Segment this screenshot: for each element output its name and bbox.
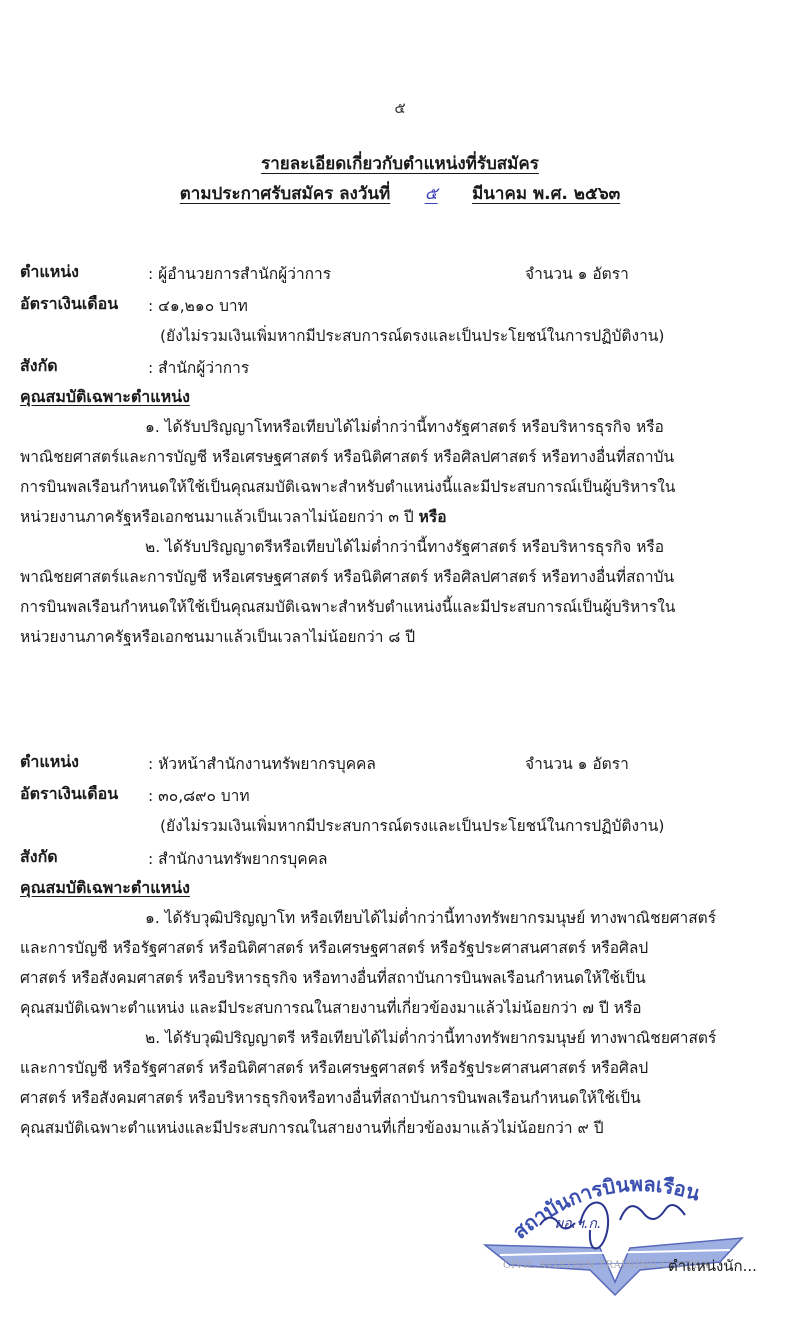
unit-label: สังกัด — [20, 354, 58, 379]
qualification-line: ๑. ได้รับวุฒิปริญญาโท หรือเทียบได้ไม่ต่ำ… — [20, 903, 790, 933]
position-count: จำนวน ๑ อัตรา — [525, 751, 629, 776]
qualification-line: คุณสมบัติเฉพาะตำแหน่ง และมีประสบการณในสา… — [20, 993, 790, 1023]
qualification-line: พาณิชยศาสตร์และการบัญชี หรือเศรษฐศาสตร์ … — [20, 562, 790, 592]
qualification-line: ศาสตร์ หรือสังคมศาสตร์ หรือบริหารธุรกิจห… — [20, 1083, 790, 1113]
qualification-line: ๒. ได้รับปริญญาตรีหรือเทียบได้ไม่ต่ำกว่า… — [20, 532, 790, 562]
qualification-line: คุณสมบัติเฉพาะตำแหน่งและมีประสบการณในสาย… — [20, 1113, 790, 1143]
handwritten-date: ๕ — [396, 180, 466, 207]
qualifications-heading: คุณสมบัติเฉพาะตำแหน่ง — [20, 876, 190, 901]
document-subtitle: ตามประกาศรับสมัคร ลงวันที่ ๕ มีนาคม พ.ศ.… — [0, 180, 800, 207]
position-count: จำนวน ๑ อัตรา — [525, 261, 629, 286]
position-value: : ผู้อำนวยการสำนักผู้ว่าการ — [148, 261, 331, 286]
salary-label: อัตราเงินเดือน — [20, 782, 118, 807]
qualifications-heading: คุณสมบัติเฉพาะตำแหน่ง — [20, 385, 190, 410]
qualification-line: พาณิชยศาสตร์และการบัญชี หรือเศรษฐศาสตร์ … — [20, 442, 790, 472]
qualification-line: และการบัญชี หรือรัฐศาสตร์ หรือนิติศาสตร์… — [20, 1053, 790, 1083]
qualification-line: ๒. ได้รับวุฒิปริญญาตรี หรือเทียบได้ไม่ต่… — [20, 1023, 790, 1053]
official-seal: สถาบันการบินพลเรือน ผอ.ฯ.ก. — [480, 1170, 750, 1310]
salary-label: อัตราเงินเดือน — [20, 292, 118, 317]
qualification-line: การบินพลเรือนกำหนดให้ใช้เป็นคุณสมบัติเฉพ… — [20, 472, 790, 502]
subtitle-prefix: ตามประกาศรับสมัคร ลงวันที่ — [180, 184, 391, 204]
salary-value: : ๔๑,๒๑๐ บาท — [148, 293, 248, 318]
title-line-1: รายละเอียดเกี่ยวกับตำแหน่งที่รับสมัคร — [261, 154, 539, 174]
position-label: ตำแหน่ง — [20, 260, 79, 285]
wings-emblem-icon: สถาบันการบินพลเรือน ผอ.ฯ.ก. — [480, 1170, 750, 1310]
or-connector: หรือ — [419, 508, 447, 526]
unit-value: : สำนักงานทรัพยากรบุคคล — [148, 846, 328, 871]
qualification-line: หน่วยงานภาครัฐหรือเอกชนมาแล้วเป็นเวลาไม่… — [20, 508, 414, 526]
qualification-item-2: ๒. ได้รับปริญญาตรีหรือเทียบได้ไม่ต่ำกว่า… — [20, 532, 790, 652]
qualification-line: ศาสตร์ หรือสังคมศาสตร์ หรือบริหารธุรกิจ … — [20, 963, 790, 993]
qualification-item-2: ๒. ได้รับวุฒิปริญญาตรี หรือเทียบได้ไม่ต่… — [20, 1023, 790, 1143]
position-value: : หัวหน้าสำนักงานทรัพยากรบุคคล — [148, 751, 376, 776]
qualification-line: การบินพลเรือนกำหนดให้ใช้เป็นคุณสมบัติเฉพ… — [20, 592, 790, 622]
continued-text: ตำแหน่งนัก... — [668, 1254, 757, 1278]
salary-value: : ๓๐,๘๙๐ บาท — [148, 783, 250, 808]
document-title: รายละเอียดเกี่ยวกับตำแหน่งที่รับสมัคร — [0, 150, 800, 177]
page-number: ๕ — [0, 96, 800, 120]
unit-label: สังกัด — [20, 845, 58, 870]
qualification-item-1: ๑. ได้รับวุฒิปริญญาโท หรือเทียบได้ไม่ต่ำ… — [20, 903, 790, 1023]
qualification-line: และการบัญชี หรือรัฐศาสตร์ หรือนิติศาสตร์… — [20, 933, 790, 963]
position-label: ตำแหน่ง — [20, 750, 79, 775]
qualification-item-1: ๑. ได้รับปริญญาโทหรือเทียบได้ไม่ต่ำกว่าน… — [20, 412, 790, 532]
svg-text:ผอ.ฯ.ก.: ผอ.ฯ.ก. — [555, 1216, 601, 1232]
salary-note: (ยังไม่รวมเงินเพิ่มหากมีประสบการณ์ตรงและ… — [160, 323, 664, 348]
subtitle-suffix: มีนาคม พ.ศ. ๒๕๖๓ — [472, 184, 620, 204]
qualification-line: ๑. ได้รับปริญญาโทหรือเทียบได้ไม่ต่ำกว่าน… — [20, 412, 790, 442]
qualification-line: หน่วยงานภาครัฐหรือเอกชนมาแล้วเป็นเวลาไม่… — [20, 622, 790, 652]
unit-value: : สำนักผู้ว่าการ — [148, 355, 249, 380]
salary-note: (ยังไม่รวมเงินเพิ่มหากมีประสบการณ์ตรงและ… — [160, 813, 664, 838]
